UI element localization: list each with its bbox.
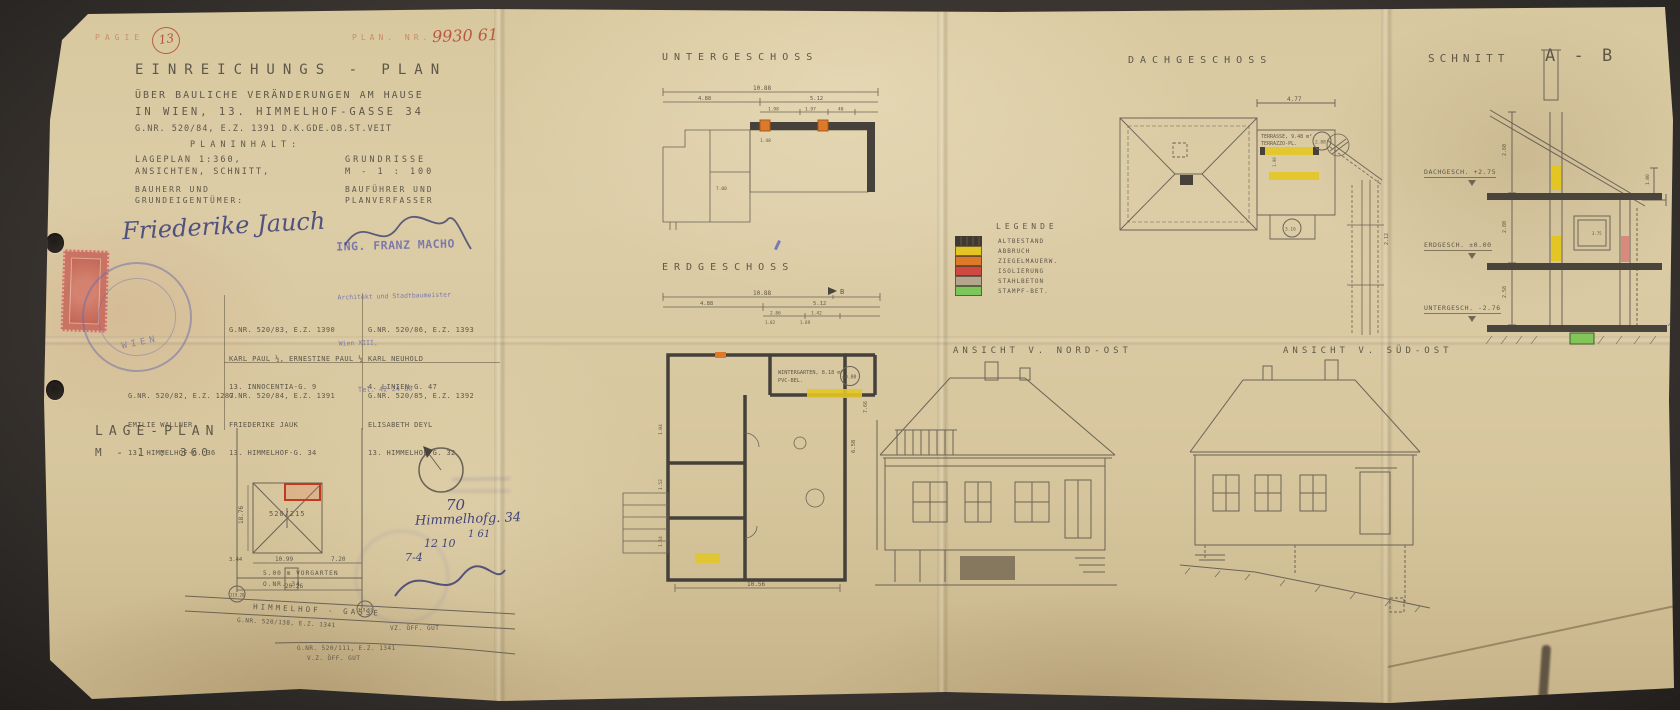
plan-subtitle: ÜBER BAULICHE VERÄNDERUNGEN AM HAUSE — [135, 90, 424, 101]
plan-number-label: PLAN. NR. — [352, 33, 431, 42]
section-marker-b: B — [840, 288, 844, 296]
dim-total: 10.88 — [753, 85, 771, 92]
level-marker-icon — [1468, 180, 1476, 186]
dachgeschoss-title: DACHGESCHOSS — [1128, 55, 1272, 66]
house-number-label: O.NR. 34 — [263, 581, 301, 588]
legend-label: ISOLIERUNG — [998, 267, 1058, 277]
neighbor-name: KARL NEUHOLD — [368, 355, 474, 365]
dim-1: 1.98 — [768, 107, 779, 113]
photo-backdrop: PAGIE 13 PLAN. NR. 9930 61 EINREICHUNGS … — [0, 0, 1680, 710]
dim-a: 4.88 — [698, 96, 711, 102]
legend-swatch-ziegelmauerwerk — [955, 256, 982, 266]
legend-swatch-stampfbeton — [955, 286, 982, 296]
dim-b: 5.12 — [810, 96, 823, 102]
survey-marker-1: 119.20 — [230, 593, 245, 598]
neighbor-gnr: G.NR. 520/84, E.Z. 1391 — [229, 392, 335, 402]
page-label: PAGIE — [95, 33, 144, 42]
paper-gap-shadow — [1538, 645, 1551, 705]
new-brick-wall — [760, 120, 770, 131]
demolition-wall-highlight — [1269, 172, 1319, 180]
content-row1-right: GRUNDRISSE — [345, 155, 426, 165]
content-row2-left: ANSICHTEN, SCHNITT, — [135, 167, 270, 177]
site-plan-drawing: 520/215 18.76 10.99 7.20 3.44 20.26 5.00… — [185, 428, 515, 673]
level-label-dachgeschoss: DACHGESCH. +2.75 — [1424, 168, 1496, 178]
dachgeschoss-plan-drawing: 2.88 3.16 4.77 TERRASSE, 9.48 m² TERRAZZ… — [1095, 75, 1345, 245]
approval-signature-flourish — [390, 558, 510, 603]
level-label-untergeschoss: UNTERGESCH. -2.76 — [1424, 304, 1501, 314]
dim-left: 3.44 — [229, 557, 243, 563]
dim-5: 7.00 — [716, 186, 727, 192]
existing-wall — [867, 122, 875, 192]
legend-label: STAMPF-BET. — [998, 287, 1058, 297]
dim-l1: 1.04 — [658, 424, 664, 435]
legend-swatch-abbruch — [955, 246, 982, 256]
dim-2: 1.97 — [805, 107, 816, 113]
ground-slab — [1487, 325, 1667, 332]
content-row2-right: M - 1 : 100 — [345, 167, 434, 177]
dim-total: 10.88 — [753, 290, 771, 297]
demolition-wall-highlight — [1265, 147, 1313, 155]
dim-3: 1.02 — [765, 320, 776, 325]
plan-sheet: PAGIE 13 PLAN. NR. 9930 61 EINREICHUNGS … — [0, 0, 1680, 710]
dim-detail: 2.12 — [1384, 233, 1390, 245]
neighbor-name: KARL PAUL ½, ERNESTINE PAUL ½ — [229, 355, 363, 365]
dim-1: 2.86 — [770, 311, 781, 317]
floor-slab — [1487, 193, 1662, 200]
neighbor-gnr: G.NR. 520/83, E.Z. 1390 — [229, 326, 363, 336]
neighbor-gnr: G.NR. 520/86, E.Z. 1393 — [368, 326, 474, 336]
city-stamp-inner-ring — [91, 271, 184, 364]
legend-label: ALTBESTAND — [998, 237, 1058, 247]
room-value-2: 3.16 — [1285, 227, 1296, 233]
dim-477: 4.77 — [1287, 96, 1302, 103]
legend-label: ABBRUCH — [998, 247, 1058, 257]
dim-l2: 1.52 — [658, 479, 664, 490]
page-number: 13 — [158, 31, 175, 47]
insulation-highlight — [1621, 236, 1629, 262]
level-value: ±0.00 — [842, 375, 857, 381]
dim-r1: 6.58 — [851, 440, 857, 453]
chimney-block — [1180, 175, 1193, 185]
owner-signature: Friederike Jauch — [121, 207, 326, 246]
owner-heading-1: BAUHERR UND — [135, 185, 210, 194]
stampfbeton-highlight — [1570, 333, 1594, 344]
plan-content-heading: PLANINHALT: — [190, 140, 301, 150]
level-marker-icon — [1468, 316, 1476, 322]
builder-heading-1: BAUFÜHRER UND — [345, 185, 434, 194]
page-number-circle: 13 — [150, 25, 181, 56]
dim-3: 40 — [838, 107, 844, 113]
ansicht-suedost-title: ANSICHT V. SÜD-OST — [1283, 346, 1453, 356]
dim-small-2: 3.75 — [1592, 231, 1602, 236]
wall-detail-drawing: 2.12 — [1322, 85, 1394, 345]
section-drawing: 2.60 2.80 2.58 1.00 3.75 — [1482, 38, 1680, 353]
new-brick-wall — [818, 120, 828, 131]
dim-a: 4.88 — [700, 301, 713, 307]
pencil-note-3: 1 61 — [468, 529, 490, 540]
punch-hole — [46, 380, 64, 400]
terrace-label: TERRASSE, 9.48 m² — [1261, 134, 1312, 140]
demolition-wall-highlight — [1551, 166, 1561, 190]
wall-block — [1260, 147, 1265, 155]
dim-bottom: 10.56 — [747, 581, 765, 588]
plan-number-value: 9930 61 — [432, 25, 499, 46]
plan-cadastre: G.NR. 520/84, E.Z. 1391 D.K.GDE.OB.ST.VE… — [135, 124, 392, 134]
dim-storey-2: 2.80 — [1502, 221, 1508, 233]
ansicht-suedost-drawing — [1175, 360, 1435, 625]
basement-opening — [960, 556, 1015, 580]
survey-marker-2: 119.11 — [358, 608, 373, 613]
dim-l3: 1.64 — [658, 536, 664, 547]
section-marker-icon — [828, 287, 837, 295]
untergeschoss-plan-drawing: 10.88 4.88 5.12 1.98 1.97 40 1.48 7.00 — [650, 72, 890, 237]
punch-hole — [46, 233, 64, 253]
level-marker-icon — [1468, 253, 1476, 259]
street2-gnr: G.NR. 520/111, E.Z. 1341 — [297, 645, 396, 652]
legend-label: STAHLBETON — [998, 277, 1058, 287]
dim-4: 1.48 — [760, 138, 771, 144]
street-note: VZ. ÖFF. GUT — [390, 625, 439, 632]
architect-title: Architekt und Stadtbaumeister — [337, 290, 456, 301]
neighbor-gnr: G.NR. 520/85, E.Z. 1392 — [368, 392, 474, 402]
new-brick-wall — [715, 352, 726, 358]
dim-b: 5.12 — [813, 301, 826, 307]
street2-note: V.Z. ÖFF. GUT — [307, 655, 360, 662]
erdgeschoss-plan-drawing: B ±0.00 WINTERGARTEN, 8.18 m² PVC-BEL. 1… — [615, 283, 890, 603]
demolition-wall-highlight — [807, 389, 862, 398]
paper-tear — [928, 692, 954, 708]
terrace-floor-label: TERRAZZO-PL. — [1261, 141, 1297, 147]
parcel-number: 520/215 — [269, 510, 306, 518]
ansicht-nordost-title: ANSICHT V. NORD-OST — [953, 346, 1132, 356]
dim-190: 1.90 — [1272, 157, 1277, 167]
owner-heading-2: GRUNDEIGENTÜMER: — [135, 196, 244, 205]
architect-signature-squiggle — [340, 205, 475, 260]
legend-label: ZIEGELMAUERW. — [998, 257, 1058, 267]
legend-title: LEGENDE — [996, 222, 1058, 231]
dim-4: 1.69 — [800, 320, 811, 325]
demolition-wall-highlight — [1551, 236, 1561, 261]
pencil-note-4: 12 10 — [424, 537, 456, 550]
legend-swatch-isolierung — [955, 266, 982, 276]
legend-swatch-stahlbeton — [955, 276, 982, 286]
dim-depth: 18.76 — [238, 506, 245, 524]
dim-storey-3: 2.58 — [1502, 286, 1508, 298]
room-floor-label: PVC-BEL. — [778, 378, 803, 384]
content-row1-left: LAGEPLAN 1:360, — [135, 155, 242, 165]
room-label: WINTERGARTEN, 8.18 m² — [778, 370, 844, 376]
legend-swatches — [955, 236, 982, 296]
plan-address: IN WIEN, 13. HIMMELHOF-GASSE 34 — [135, 106, 424, 118]
neighbor-gnr: G.NR. 520/82, E.Z. 1287 — [128, 392, 234, 402]
demolition-stair-highlight — [695, 553, 720, 563]
floor-slab — [1487, 263, 1662, 270]
dim-right: 7.20 — [331, 556, 346, 563]
blue-pencil-mark — [774, 240, 780, 250]
erdgeschoss-title: ERDGESCHOSS — [662, 262, 794, 273]
dim-small-1: 1.00 — [1645, 174, 1651, 185]
level-label-erdgeschoss: ERDGESCH. ±0.00 — [1424, 241, 1492, 251]
plan-title: EINREICHUNGS - PLAN — [135, 62, 447, 78]
dim-storey-1: 2.60 — [1502, 144, 1508, 156]
untergeschoss-title: UNTERGESCHOSS — [662, 52, 818, 63]
new-addition-outline — [285, 484, 320, 500]
legend-swatch-altbestand — [955, 236, 982, 246]
vorgarten-label: 5.00 m VORGARTEN — [263, 570, 339, 577]
legend-labels: ALTBESTAND ABBRUCH ZIEGELMAUERW. ISOLIER… — [998, 237, 1058, 297]
dim-width: 10.99 — [275, 556, 293, 563]
dim-2: 1.42 — [811, 311, 822, 317]
ansicht-nordost-drawing — [865, 360, 1125, 610]
